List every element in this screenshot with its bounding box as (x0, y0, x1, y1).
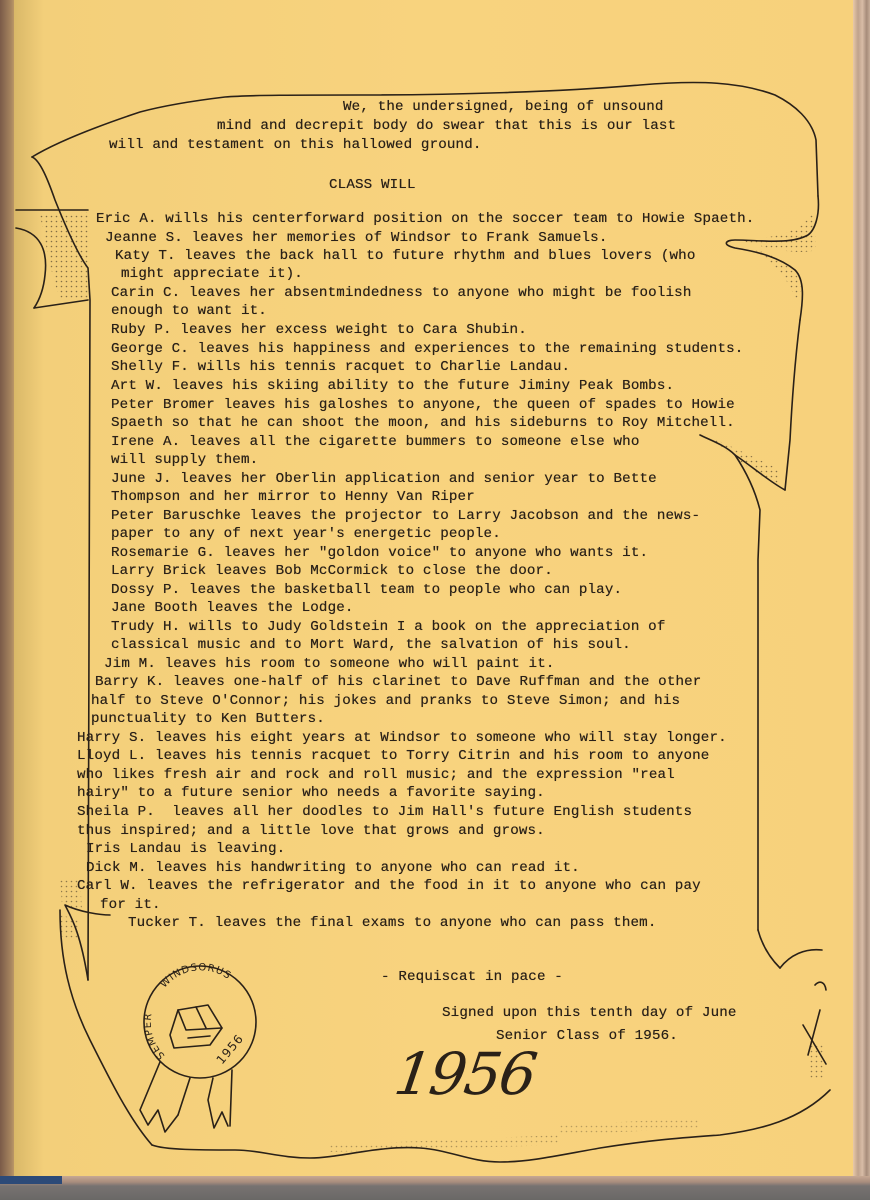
bequest-line: paper to any of next year's energetic pe… (111, 525, 501, 543)
document-title: CLASS WILL (329, 176, 416, 194)
bequest-line: Trudy H. wills to Judy Goldstein I a boo… (111, 618, 666, 636)
preamble-line: We, the undersigned, being of unsound (343, 98, 664, 116)
bequest-line: thus inspired; and a little love that gr… (77, 822, 545, 840)
bequest-line: who likes fresh air and rock and roll mu… (77, 766, 675, 784)
bequest-line: Carl W. leaves the refrigerator and the … (77, 877, 701, 895)
bequest-line: Iris Landau is leaving. (86, 840, 285, 858)
bequest-line: Spaeth so that he can shoot the moon, an… (111, 414, 735, 432)
bequest-line: Jeanne S. leaves her memories of Windsor… (105, 229, 608, 247)
bequest-line: George C. leaves his happiness and exper… (111, 340, 743, 358)
bequest-line: for it. (100, 896, 161, 914)
bequest-line: enough to want it. (111, 302, 267, 320)
bequest-line: Jim M. leaves his room to someone who wi… (104, 655, 555, 673)
bequest-line: Eric A. wills his centerforward position… (96, 210, 754, 228)
bequest-line: might appreciate it). (121, 265, 303, 283)
bequest-line: Carin C. leaves her absentmindedness to … (111, 284, 691, 302)
preamble-line: will and testament on this hallowed grou… (109, 136, 482, 154)
bequest-line: Peter Bromer leaves his galoshes to anyo… (111, 396, 735, 414)
bequest-line: Shelly F. wills his tennis racquet to Ch… (111, 358, 570, 376)
seal-year: 1956 (214, 1031, 247, 1066)
bequest-line: classical music and to Mort Ward, the sa… (111, 636, 631, 654)
bequest-line: Jane Booth leaves the Lodge. (111, 599, 354, 617)
bequest-line: hairy" to a future senior who needs a fa… (77, 784, 545, 802)
bequest-line: Thompson and her mirror to Henny Van Rip… (111, 488, 475, 506)
bequest-line: Art W. leaves his skiing ability to the … (111, 377, 674, 395)
bequest-line: Tucker T. leaves the final exams to anyo… (128, 914, 657, 932)
bequest-line: will supply them. (111, 451, 258, 469)
bequest-line: Katy T. leaves the back hall to future r… (115, 247, 695, 265)
bequest-line: Irene A. leaves all the cigarette bummer… (111, 433, 640, 451)
bequest-line: punctuality to Ken Butters. (91, 710, 325, 728)
bequest-line: June J. leaves her Oberlin application a… (111, 470, 657, 488)
closing-motto: - Requiscat in pace - (381, 968, 563, 986)
bequest-line: Barry K. leaves one-half of his clarinet… (95, 673, 701, 691)
preamble-line: mind and decrepit body do swear that thi… (217, 117, 676, 135)
seal-top-text: WINDSORUS (158, 962, 233, 990)
bequest-line: half to Steve O'Connor; his jokes and pr… (91, 692, 680, 710)
signed-line: Signed upon this tenth day of June (442, 1004, 737, 1022)
bequest-line: Ruby P. leaves her excess weight to Cara… (111, 321, 527, 339)
bequest-line: Peter Baruschke leaves the projector to … (111, 507, 700, 525)
bequest-line: Harry S. leaves his eight years at Winds… (77, 729, 727, 747)
bequest-line: Lloyd L. leaves his tennis racquet to To… (77, 747, 709, 765)
handwritten-year: 1956 (390, 1040, 539, 1108)
bequest-line: Dick M. leaves his handwriting to anyone… (86, 859, 580, 877)
bequest-line: Sheila P. leaves all her doodles to Jim … (77, 803, 692, 821)
bequest-line: Larry Brick leaves Bob McCormick to clos… (111, 562, 553, 580)
bequest-line: Rosemarie G. leaves her "goldon voice" t… (111, 544, 648, 562)
bequest-line: Dossy P. leaves the basketball team to p… (111, 581, 622, 599)
